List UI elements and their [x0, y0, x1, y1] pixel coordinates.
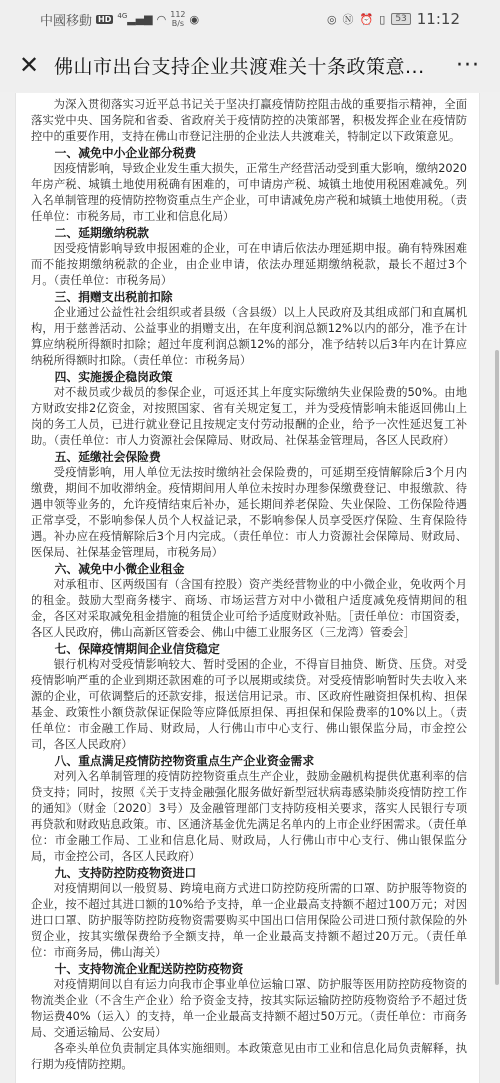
section-body: 企业通过公益性社会组织或者县级（含县级）以上人民政府及其组成部门和直属机构，用于… [31, 305, 467, 369]
wifi-icon: ◠ [157, 13, 167, 26]
battery-icon: 53 [391, 13, 410, 25]
carrier-name: 中國移動 [40, 10, 92, 29]
section-heading: 四、实施援企稳岗政策 [31, 369, 467, 385]
section-body: 因受疫情影响导致申报困难的企业，可在申请后依法办理延期申报。确有特殊困难而不能按… [31, 241, 467, 289]
section-heading: 六、减免中小微企业租金 [31, 561, 467, 577]
section-body: 对疫情期间以一般贸易、跨境电商方式进口防控防疫所需的口罩、防护服等物资的企业，按… [31, 881, 467, 961]
network-type: 4G [117, 12, 127, 20]
more-options-button[interactable]: ··· [450, 53, 486, 78]
close-button[interactable]: ✕ [14, 50, 44, 80]
signal-icon: 4G▂▄▆ [117, 12, 152, 26]
section-heading: 十、支持物流企业配送防控防疫物资 [31, 961, 467, 977]
section-body: 因疫情影响，导致企业发生重大损失，正常生产经营活动受到重大影响，缴纳2020年房… [31, 161, 467, 225]
section-body: 受疫情影响，用人单位无法按时缴纳社会保险费的，可延期至疫情解除后3个月内缴费，期… [31, 465, 467, 561]
section-heading: 一、减免中小企业部分税费 [31, 145, 467, 161]
network-speed: 112 B/s [170, 10, 185, 28]
section-body: 银行机构对受疫情影响较大、暂时受困的企业，不得盲目抽贷、断贷、压贷。对受疫情影响… [31, 657, 467, 753]
status-right: ◎ Ⓝ ⏰ ▯ 53 11:12 [327, 10, 460, 28]
article-content: 为深入贯彻落实习近平总书记关于坚决打赢疫情防控阻击战的重要指示精神，全面落实党中… [15, 93, 480, 1083]
section-heading: 七、保障疫情期间企业信贷稳定 [31, 641, 467, 657]
article-intro: 为深入贯彻落实习近平总书记关于坚决打赢疫情防控阻击战的重要指示精神，全面落实党中… [31, 97, 467, 145]
status-left: 中國移動 HD 4G▂▄▆ ◠ 112 B/s ◉ [40, 10, 199, 29]
eye-comfort-icon: ◎ [327, 13, 337, 26]
title-bar: ✕ 佛山市出台支持企业共渡难关十条政策意... ··· [0, 38, 500, 92]
scrollbar[interactable] [495, 350, 499, 985]
article-closing: 各牵头单位负责制定具体实施细则。本政策意见由市工业和信息化局负责解释，执行期为疫… [31, 1041, 467, 1073]
section-heading: 二、延期缴纳税款 [31, 225, 467, 241]
speed-value: 112 [170, 10, 185, 19]
section-body: 对承租市、区两级国有（含国有控股）资产类经营物业的中小微企业，免收两个月的租金。… [31, 577, 467, 641]
page-title: 佛山市出台支持企业共渡难关十条政策意... [54, 52, 450, 79]
alarm-icon: ⏰ [360, 13, 374, 26]
close-icon: ✕ [19, 51, 39, 79]
nfc-icon: Ⓝ [343, 11, 354, 27]
status-bar: 中國移動 HD 4G▂▄▆ ◠ 112 B/s ◉ ◎ Ⓝ ⏰ ▯ 53 11:… [0, 0, 500, 38]
section-heading: 八、重点满足疫情防控物资重点生产企业资金需求 [31, 753, 467, 769]
clock: 11:12 [417, 10, 460, 28]
app-notification-icon: ◉ [190, 13, 200, 26]
section-body: 对列入名单制管理的疫情防控物资重点生产企业，鼓励金融机构提供优惠利率的信贷支持；… [31, 769, 467, 865]
section-heading: 九、支持防控防疫物资进口 [31, 865, 467, 881]
section-body: 对不裁员或少裁员的参保企业，可返还其上年度实际缴纳失业保险费的50%。由地方财政… [31, 385, 467, 449]
hd-voice-icon: HD [96, 15, 113, 24]
section-heading: 五、延缴社会保险费 [31, 449, 467, 465]
section-heading: 三、捐赠支出税前扣除 [31, 289, 467, 305]
more-icon: ··· [456, 53, 480, 78]
vibrate-icon: ▯ [379, 13, 385, 26]
speed-unit: B/s [170, 19, 185, 28]
section-body: 对疫情期间以自有运力向我市企事业单位运输口罩、防护服等医用防控防疫物资的物流类企… [31, 977, 467, 1041]
